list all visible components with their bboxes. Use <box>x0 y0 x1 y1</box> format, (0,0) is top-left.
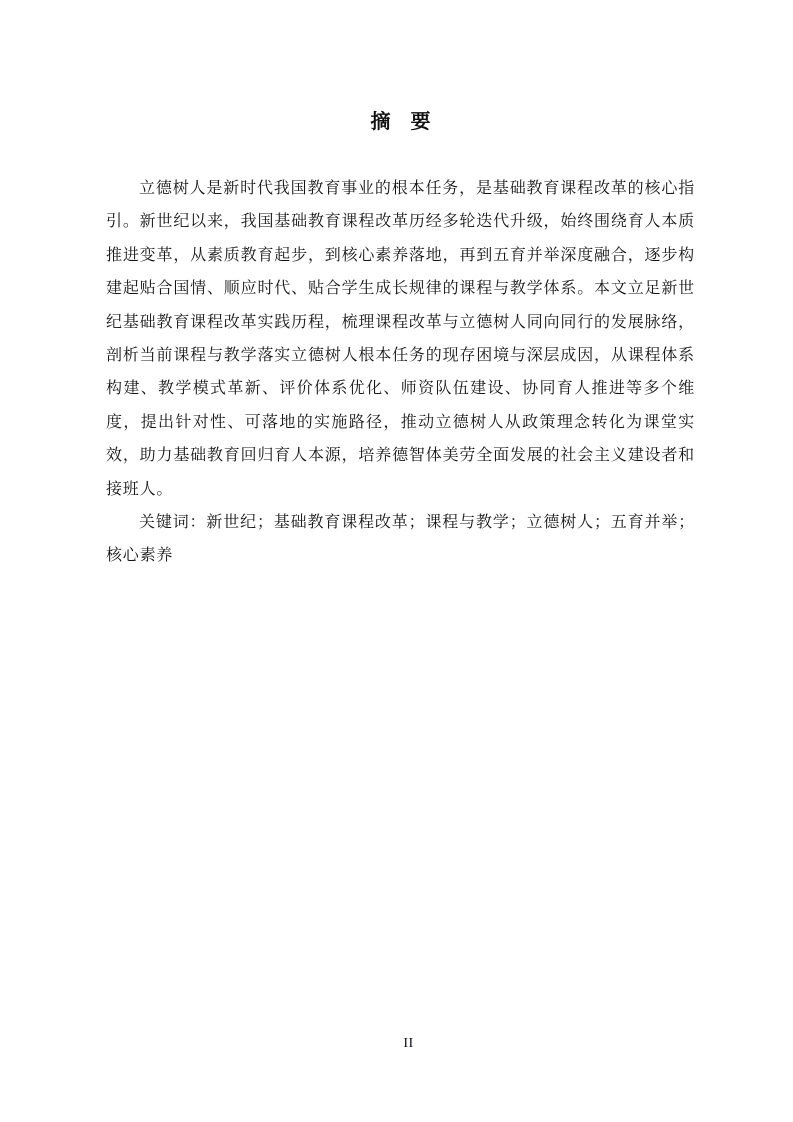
abstract-paragraph: 立德树人是新时代我国教育事业的根本任务，是基础教育课程改革的核心指引。新世纪以来… <box>106 172 695 506</box>
keywords-line: 关键词：新世纪；基础教育课程改革；课程与教学；立德树人；五育并举；核心素养 <box>106 506 695 573</box>
abstract-title: 摘 要 <box>106 106 695 139</box>
page-content: 摘 要 立德树人是新时代我国教育事业的根本任务，是基础教育课程改革的核心指引。新… <box>106 106 695 573</box>
keywords-label: 关键词： <box>139 514 206 531</box>
document-page: 摘 要 立德树人是新时代我国教育事业的根本任务，是基础教育课程改革的核心指引。新… <box>0 0 793 1122</box>
page-number: II <box>12 1036 793 1052</box>
